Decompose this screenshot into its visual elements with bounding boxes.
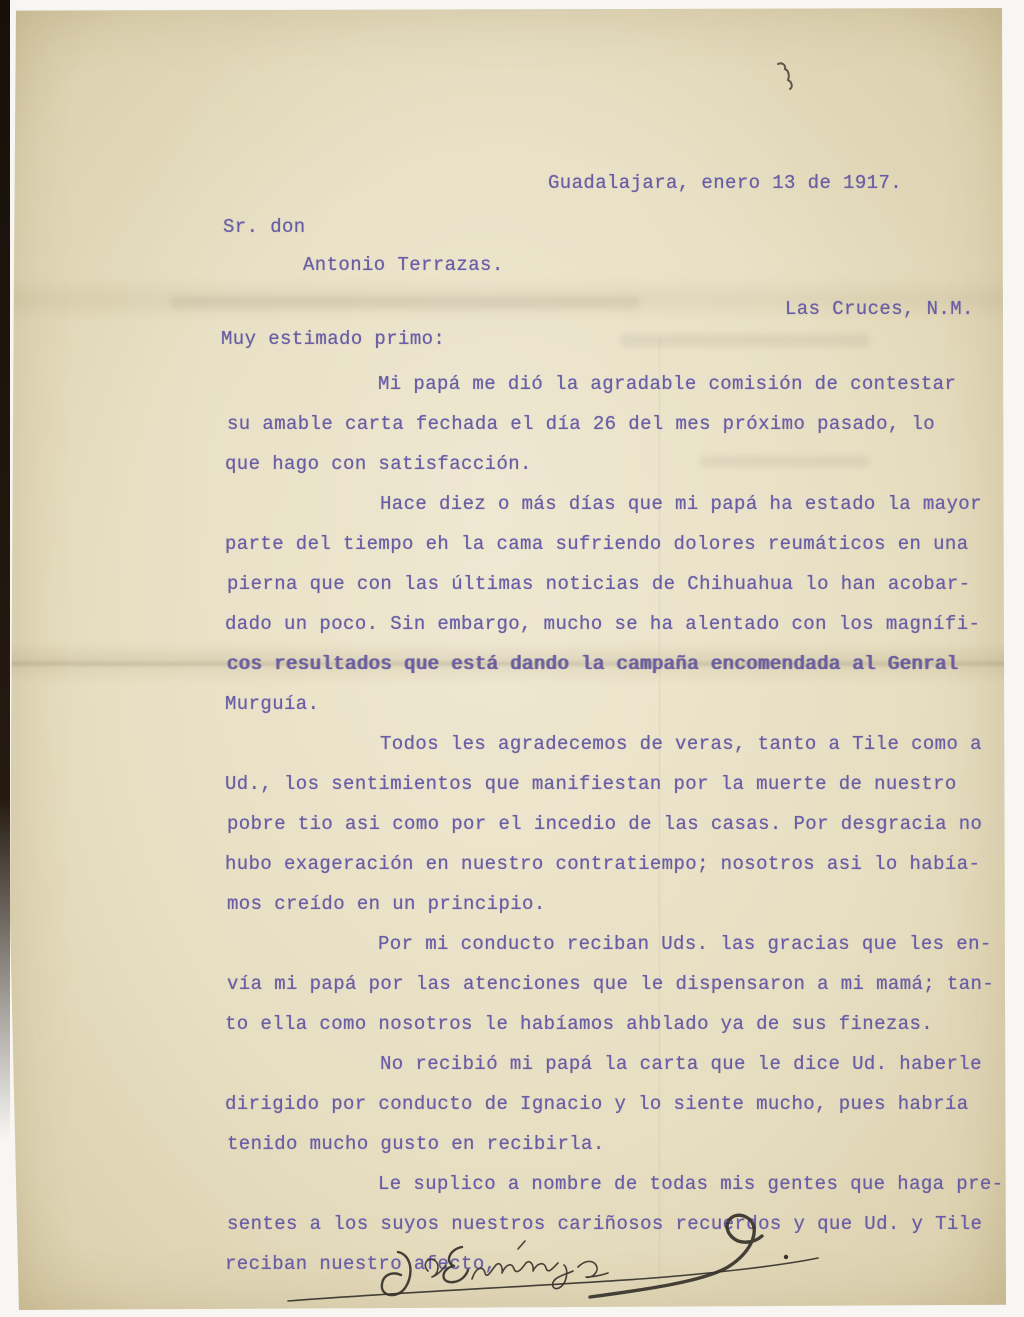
letter-line: Le suplico a nombre de todas mis gentes …	[225, 1164, 1005, 1204]
scanner-edge-shadow	[0, 0, 10, 1140]
letter-line: Mi papá me dió la agradable comisión de …	[225, 364, 1005, 404]
letter-line: mos creído en un principio.	[227, 884, 1007, 924]
letter-line: hubo exageración en nuestro contratiempo…	[225, 844, 1005, 884]
letter-line: Murguía.	[225, 684, 1005, 724]
letter-line: pobre tio asi como por el incedio de las…	[227, 804, 1007, 844]
letter-line: Ud., los sentimientos que manifiestan po…	[225, 764, 1005, 804]
signature-autograph	[280, 1205, 840, 1310]
letter-line: dirigido por conducto de Ignacio y lo si…	[225, 1084, 1005, 1124]
letter-line: Todos les agradecemos de veras, tanto a …	[227, 724, 1007, 764]
letter-line: que hago con satisfacción.	[225, 444, 1005, 484]
letter-line: to ella como nosotros le habíamos ahblad…	[225, 1004, 1005, 1044]
letter-line: parte del tiempo eh la cama sufriendo do…	[225, 524, 1005, 564]
letter-line: Por mi conducto reciban Uds. las gracias…	[225, 924, 1005, 964]
letter-line: No recibió mi papá la carta que le dice …	[227, 1044, 1007, 1084]
recipient-name: Antonio Terrazas.	[303, 254, 504, 276]
greeting: Muy estimado primo:	[221, 328, 445, 350]
recipient-salutation: Sr. don	[223, 216, 306, 238]
bleed-through-smudge	[620, 334, 870, 347]
dateline: Guadalajara, enero 13 de 1917.	[548, 172, 902, 194]
ink-speck	[768, 56, 814, 102]
letter-line: cos resultados que está dando la campaña…	[227, 644, 1007, 684]
bleed-through-smudge	[170, 296, 640, 309]
letter-line: pierna que con las últimas noticias de C…	[227, 564, 1007, 604]
letter-page: Guadalajara, enero 13 de 1917. Sr. don A…	[10, 8, 1006, 1310]
recipient-location: Las Cruces, N.M.	[785, 298, 974, 320]
letter-line: vía mi papá por las atenciones que le di…	[227, 964, 1007, 1004]
letter-line: tenido mucho gusto en recibirla.	[227, 1124, 1007, 1164]
letter-line: dado un poco. Sin embargo, mucho se ha a…	[225, 604, 1005, 644]
letter-line: su amable carta fechada el día 26 del me…	[227, 404, 1007, 444]
letter-line: Hace diez o más días que mi papá ha esta…	[227, 484, 1007, 524]
letter-body: Mi papá me dió la agradable comisión de …	[225, 364, 1005, 1284]
